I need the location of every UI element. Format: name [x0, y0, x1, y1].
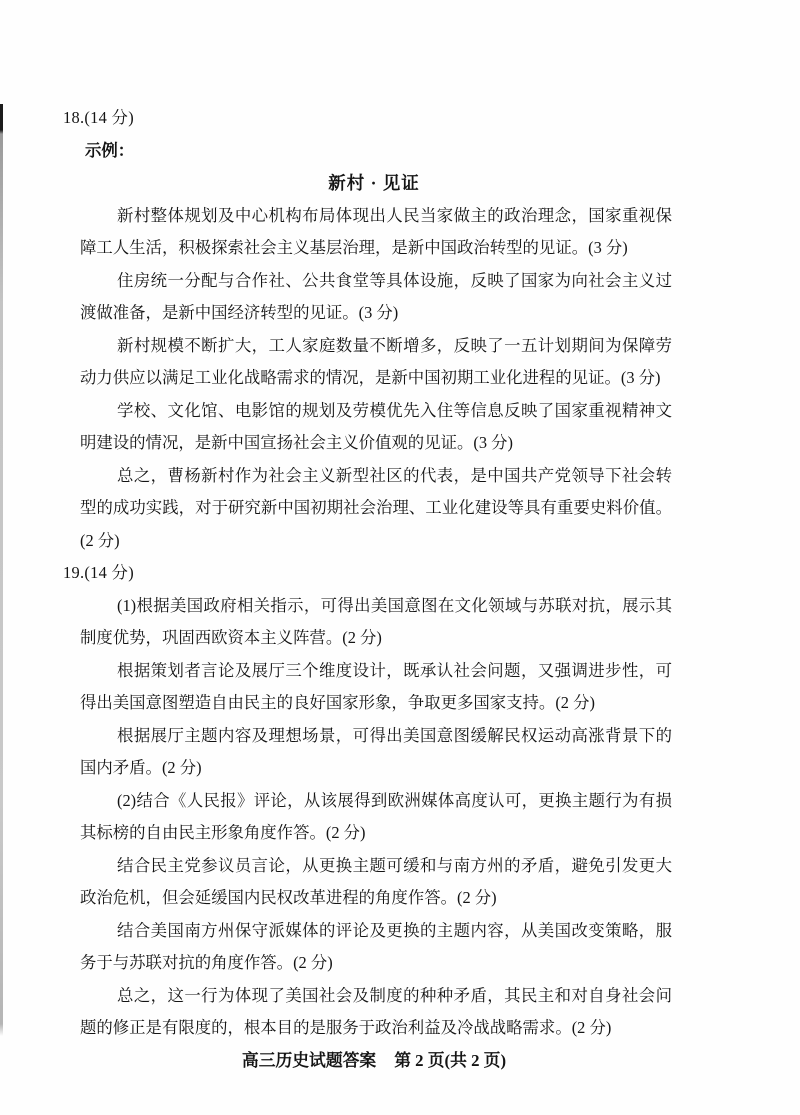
answer-paragraph: 总之，曹杨新村作为社会主义新型社区的代表，是中国共产党领导下社会转型的成功实践，…: [80, 460, 672, 558]
answer-paragraph: 根据策划者言论及展厅三个维度设计，既承认社会问题，又强调进步性，可得出美国意图塑…: [80, 655, 672, 720]
answer-paragraph: 根据展厅主题内容及理想场景，可得出美国意图缓解民权运动高涨背景下的国内矛盾。(2…: [80, 720, 672, 785]
question-18-number: 18.(14 分): [63, 102, 800, 135]
answer-paragraph: 新村整体规划及中心机构布局体现出人民当家做主的政治理念，国家重视保障工人生活，积…: [80, 200, 672, 265]
footer-page-indicator: 第 2 页(共 2 页): [394, 1051, 506, 1070]
answer-paragraph: 新村规模不断扩大，工人家庭数量不断增多，反映了一五计划期间为保障劳动力供应以满足…: [80, 330, 672, 395]
document-page: 18.(14 分) 示例： 新村 · 见证 新村整体规划及中心机构布局体现出人民…: [0, 0, 800, 1115]
answer-paragraph: (1)根据美国政府相关指示，可得出美国意图在文化领域与苏联对抗，展示其制度优势，…: [80, 590, 672, 655]
footer-doc-title: 高三历史试题答案: [242, 1051, 376, 1070]
answer-paragraph: 结合民主党参议员言论，从更换主题可缓和与南方州的矛盾，避免引发更大政治危机，但会…: [80, 850, 672, 915]
answer-paragraph: 结合美国南方州保守派媒体的评论及更换的主题内容，从美国改变策略，服务于与苏联对抗…: [80, 915, 672, 980]
answer-paragraph: (2)结合《人民报》评论，从该展得到欧洲媒体高度认可，更换主题行为有损其标榜的自…: [80, 785, 672, 850]
example-label: 示例：: [85, 135, 800, 168]
answer-paragraph: 学校、文化馆、电影馆的规划及劳模优先入住等信息反映了国家重视精神文明建设的情况，…: [80, 395, 672, 460]
answer-paragraph: 总之，这一行为体现了美国社会及制度的种种矛盾，其民主和对自身社会问题的修正是有限…: [80, 980, 672, 1045]
answer-paragraph: 住房统一分配与合作社、公共食堂等具体设施，反映了国家为向社会主义过渡做准备，是新…: [80, 265, 672, 330]
page-footer: 高三历史试题答案第 2 页(共 2 页): [0, 1045, 748, 1078]
page-content: 18.(14 分) 示例： 新村 · 见证 新村整体规划及中心机构布局体现出人民…: [0, 102, 800, 1077]
question-19-number: 19.(14 分): [63, 557, 800, 590]
answer-title: 新村 · 见证: [0, 167, 748, 200]
